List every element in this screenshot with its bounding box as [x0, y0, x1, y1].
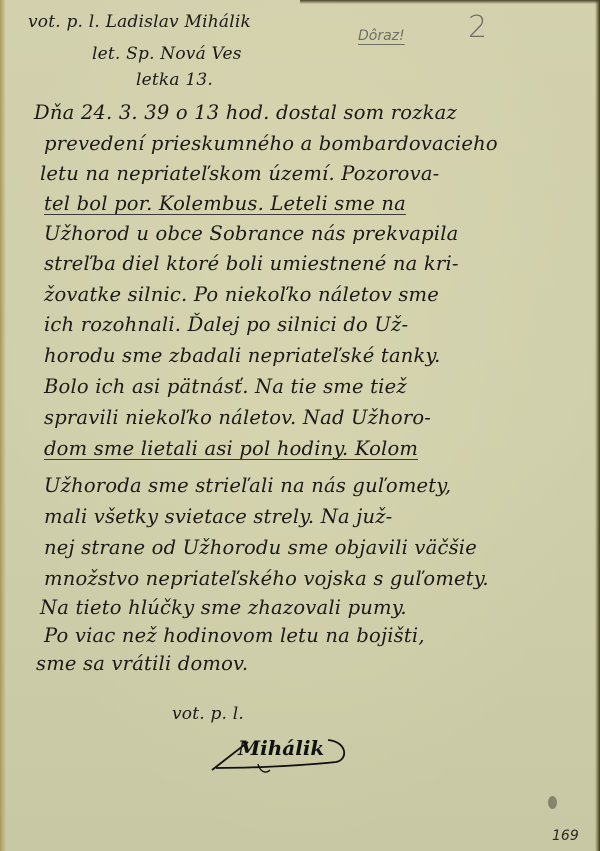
page-number: 169 [552, 828, 579, 844]
body-line: Užhorod u obce Sobrance nás prekvapila [44, 222, 459, 245]
body-line: prevedení prieskumného a bombardovacieho [44, 132, 498, 155]
pencil-annotation: Dôraz! [358, 28, 405, 44]
body-line-underlined: tel bol por. Kolembus. Leteli sme na [44, 192, 406, 215]
header-squadron: letka 13. [136, 70, 213, 90]
body-line: nej strane od Užhorodu sme objavili väčš… [44, 536, 477, 559]
paper-left-edge [0, 0, 6, 851]
paper-top-edge [300, 0, 600, 4]
body-line: streľba diel ktoré boli umiestnené na kr… [44, 252, 459, 275]
body-line: letu na nepriateľskom území. Pozorova- [40, 162, 439, 185]
body-line-underlined: dom sme lietali asi pol hodiny. Kolom [44, 437, 418, 460]
body-line: množstvo nepriateľského vojska s guľomet… [44, 567, 489, 590]
body-line: žovatke silnic. Po niekoľko náletov sme [44, 283, 439, 306]
body-line: mali všetky svietace strely. Na juž- [44, 505, 392, 528]
closing-rank: vot. p. l. [172, 704, 244, 724]
body-line: horodu sme zbadali nepriateľské tanky. [44, 344, 441, 367]
body-line: Dňa 24. 3. 39 o 13 hod. dostal som rozka… [34, 101, 457, 124]
ink-smudge [548, 796, 557, 809]
header-unit: let. Sp. Nová Ves [92, 44, 242, 64]
signature-text: Mihálik [238, 736, 324, 760]
paper-right-edge [595, 0, 600, 851]
header-author: vot. p. l. Ladislav Mihálik [28, 12, 251, 32]
pencil-mark: 2 [468, 10, 487, 45]
body-line: ich rozohnali. Ďalej po silnici do Už- [44, 313, 408, 336]
body-line: Bolo ich asi pätnásť. Na tie sme tiež [44, 375, 407, 398]
body-line: sme sa vrátili domov. [36, 652, 248, 675]
body-line: Užhoroda sme strieľali na nás guľomety, [44, 474, 451, 497]
body-line: Po viac než hodinovom letu na bojišti, [44, 624, 425, 647]
body-line: Na tieto hlúčky sme zhazovali pumy. [40, 596, 407, 619]
signature: Mihálik [208, 732, 358, 776]
document-page: vot. p. l. Ladislav Mihálik let. Sp. Nov… [0, 0, 600, 851]
body-line: spravili niekoľko náletov. Nad Užhoro- [44, 406, 431, 429]
